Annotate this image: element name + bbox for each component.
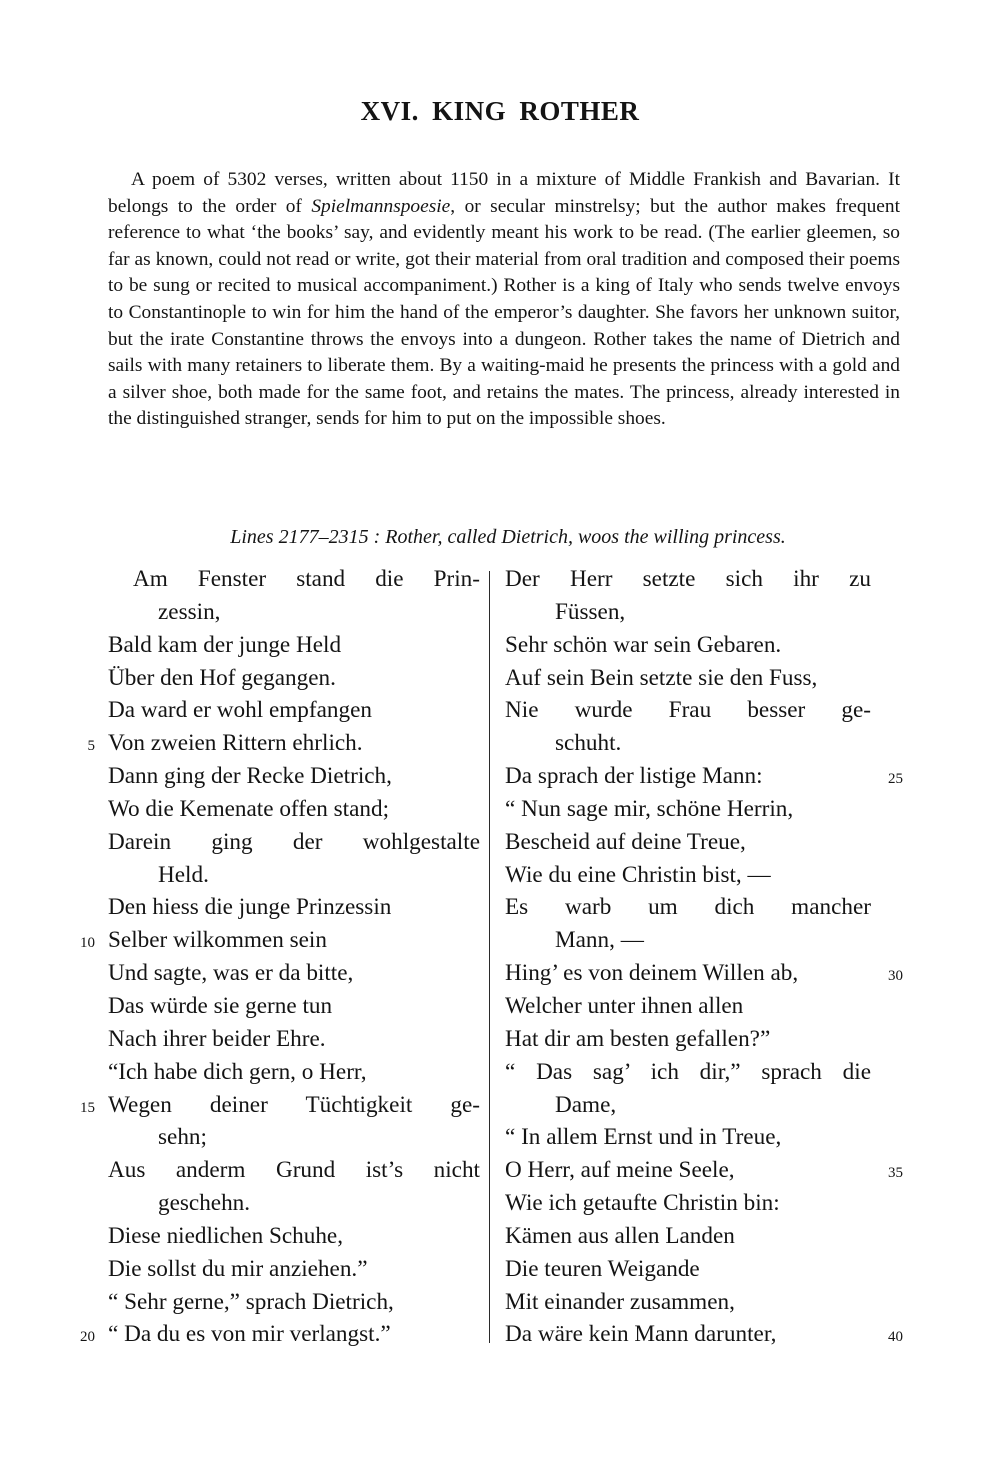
intro-paragraph: A poem of 5302 verses, written about 115… — [108, 167, 900, 433]
poem-line-text: “ Das sag’ ich dir,” sprach die — [505, 1056, 871, 1089]
poem-line: Mann, — — [505, 924, 871, 957]
poem-line-text: Held. — [108, 859, 480, 892]
poem-line: sehn; — [108, 1121, 480, 1154]
poem-line: Da wäre kein Mann darunter,40 — [505, 1318, 871, 1351]
poem-line-text: “ In allem Ernst und in Treue, — [505, 1121, 871, 1154]
poem-line: Die sollst du mir anziehen.” — [108, 1253, 480, 1286]
poem-line-text: Hat dir am besten gefallen?” — [505, 1023, 871, 1056]
poem-line: “ Nun sage mir, schöne Herrin, — [505, 793, 871, 826]
poem-line-text: Der Herr setzte sich ihr zu — [505, 563, 871, 596]
poem-line-text: Wo die Kemenate offen stand; — [108, 793, 480, 826]
poem-line-text: O Herr, auf meine Seele, — [505, 1154, 871, 1187]
poem-line-text: Von zweien Rittern ehrlich. — [108, 727, 480, 760]
poem-line-text: Wie du eine Christin bist, — — [505, 859, 871, 892]
poem-line-text: Am Fenster stand die Prin- — [108, 563, 480, 596]
poem-line-text: schuht. — [505, 727, 871, 760]
poem-line-text: Dame, — [505, 1089, 871, 1122]
poem-line: Aus anderm Grund ist’s nicht — [108, 1154, 480, 1187]
poem-line: Held. — [108, 859, 480, 892]
poem-line: Diese niedlichen Schuhe, — [108, 1220, 480, 1253]
poem-line-text: Dann ging der Recke Dietrich, — [108, 760, 480, 793]
poem-line-text: Aus anderm Grund ist’s nicht — [108, 1154, 480, 1187]
poem-line-text: Und sagte, was er da bitte, — [108, 957, 480, 990]
section-subtitle: Lines 2177–2315 : Rother, called Dietric… — [0, 526, 1000, 549]
line-number: 5 — [73, 730, 101, 763]
poem-line: Und sagte, was er da bitte, — [108, 957, 480, 990]
poem-line: O Herr, auf meine Seele,35 — [505, 1154, 871, 1187]
poem-line: schuht. — [505, 727, 871, 760]
poem-line: Dame, — [505, 1089, 871, 1122]
poem-line-text: Nach ihrer beider Ehre. — [108, 1023, 480, 1056]
poem-line-text: Nie wurde Frau besser ge- — [505, 694, 871, 727]
poem-line-text: Über den Hof gegangen. — [108, 662, 480, 695]
poem-line: Nie wurde Frau besser ge- — [505, 694, 871, 727]
poem-line-text: Auf sein Bein setzte sie den Fuss, — [505, 662, 871, 695]
poem-line: Der Herr setzte sich ihr zu — [505, 563, 871, 596]
poem-line: Bald kam der junge Held — [108, 629, 480, 662]
poem-line-text: “Ich habe dich gern, o Herr, — [108, 1056, 480, 1089]
poem-line: Das würde sie gerne tun — [108, 990, 480, 1023]
poem-line-text: “ Nun sage mir, schöne Herrin, — [505, 793, 871, 826]
poem-line: Wie ich getaufte Christin bin: — [505, 1187, 871, 1220]
poem-line: Hing’ es von deinem Willen ab,30 — [505, 957, 871, 990]
poem-line: “ Das sag’ ich dir,” sprach die — [505, 1056, 871, 1089]
poem-line-text: Das würde sie gerne tun — [108, 990, 480, 1023]
poem-line: Auf sein Bein setzte sie den Fuss, — [505, 662, 871, 695]
poem-line: Wegen deiner Tüchtigkeit ge-15 — [108, 1089, 480, 1122]
poem-line-text: Da sprach der listige Mann: — [505, 760, 871, 793]
poem-line: Füssen, — [505, 596, 871, 629]
poem-line-text: geschehn. — [108, 1187, 480, 1220]
poem-line-text: “ Da du es von mir verlangst.” — [108, 1318, 480, 1351]
poem-line-text: “ Sehr gerne,” sprach Dietrich, — [108, 1286, 480, 1319]
poem-line-text: zessin, — [108, 596, 480, 629]
line-number: 15 — [73, 1092, 101, 1125]
line-number: 10 — [73, 927, 101, 960]
column-divider — [489, 571, 490, 1343]
poem-line-text: Wegen deiner Tüchtigkeit ge- — [108, 1089, 480, 1122]
poem-line: geschehn. — [108, 1187, 480, 1220]
poem-block: Am Fenster stand die Prin-zessin,Bald ka… — [0, 563, 1000, 1353]
poem-line: Die teuren Weigande — [505, 1253, 871, 1286]
poem-line: Wo die Kemenate offen stand; — [108, 793, 480, 826]
poem-line: Am Fenster stand die Prin- — [108, 563, 480, 596]
poem-line-text: Kämen aus allen Landen — [505, 1220, 871, 1253]
poem-line: Hat dir am besten gefallen?” — [505, 1023, 871, 1056]
poem-line: “ In allem Ernst und in Treue, — [505, 1121, 871, 1154]
poem-line: Nach ihrer beider Ehre. — [108, 1023, 480, 1056]
line-number: 30 — [888, 960, 903, 993]
poem-line: Wie du eine Christin bist, — — [505, 859, 871, 892]
poem-line: zessin, — [108, 596, 480, 629]
line-number: 40 — [888, 1321, 903, 1354]
poem-line: Darein ging der wohlgestalte — [108, 826, 480, 859]
poem-line-text: Die sollst du mir anziehen.” — [108, 1253, 480, 1286]
poem-line-text: Mit einander zusammen, — [505, 1286, 871, 1319]
line-number: 35 — [888, 1157, 903, 1190]
poem-line-text: Welcher unter ihnen allen — [505, 990, 871, 1023]
poem-line-text: sehn; — [108, 1121, 480, 1154]
poem-line: Welcher unter ihnen allen — [505, 990, 871, 1023]
poem-line: “ Da du es von mir verlangst.”20 — [108, 1318, 480, 1351]
poem-line-text: Den hiess die junge Prinzessin — [108, 891, 480, 924]
poem-line: Mit einander zusammen, — [505, 1286, 871, 1319]
poem-line-text: Darein ging der wohlgestalte — [108, 826, 480, 859]
poem-column-right: Der Herr setzte sich ihr zuFüssen,Sehr s… — [505, 563, 871, 1351]
poem-line: Über den Hof gegangen. — [108, 662, 480, 695]
poem-column-left: Am Fenster stand die Prin-zessin,Bald ka… — [108, 563, 480, 1351]
poem-line-text: Da ward er wohl empfangen — [108, 694, 480, 727]
poem-line-text: Füssen, — [505, 596, 871, 629]
poem-line-text: Selber wilkommen sein — [108, 924, 480, 957]
poem-line-text: Wie ich getaufte Christin bin: — [505, 1187, 871, 1220]
intro-italic-term: Spielmannspoesie — [311, 196, 450, 217]
page-title: XVI. KING ROTHER — [0, 96, 1000, 127]
poem-line-text: Die teuren Weigande — [505, 1253, 871, 1286]
poem-line-text: Hing’ es von deinem Willen ab, — [505, 957, 871, 990]
poem-line: Selber wilkommen sein10 — [108, 924, 480, 957]
poem-line: Es warb um dich mancher — [505, 891, 871, 924]
poem-line-text: Bescheid auf deine Treue, — [505, 826, 871, 859]
poem-line-text: Sehr schön war sein Gebaren. — [505, 629, 871, 662]
poem-line-text: Es warb um dich mancher — [505, 891, 871, 924]
poem-line: Bescheid auf deine Treue, — [505, 826, 871, 859]
poem-line: “Ich habe dich gern, o Herr, — [108, 1056, 480, 1089]
poem-line: Den hiess die junge Prinzessin — [108, 891, 480, 924]
poem-line-text: Diese niedlichen Schuhe, — [108, 1220, 480, 1253]
poem-line: Kämen aus allen Landen — [505, 1220, 871, 1253]
line-number: 25 — [888, 763, 903, 796]
intro-text-end: , or secular minstrelsy; but the author … — [108, 196, 900, 430]
poem-line-text: Bald kam der junge Held — [108, 629, 480, 662]
poem-line: Da sprach der listige Mann:25 — [505, 760, 871, 793]
poem-line: Dann ging der Recke Dietrich, — [108, 760, 480, 793]
poem-line-text: Mann, — — [505, 924, 871, 957]
poem-line: Von zweien Rittern ehrlich.5 — [108, 727, 480, 760]
line-number: 20 — [73, 1321, 101, 1354]
poem-line: Da ward er wohl empfangen — [108, 694, 480, 727]
poem-line: “ Sehr gerne,” sprach Dietrich, — [108, 1286, 480, 1319]
poem-line-text: Da wäre kein Mann darunter, — [505, 1318, 871, 1351]
poem-line: Sehr schön war sein Gebaren. — [505, 629, 871, 662]
